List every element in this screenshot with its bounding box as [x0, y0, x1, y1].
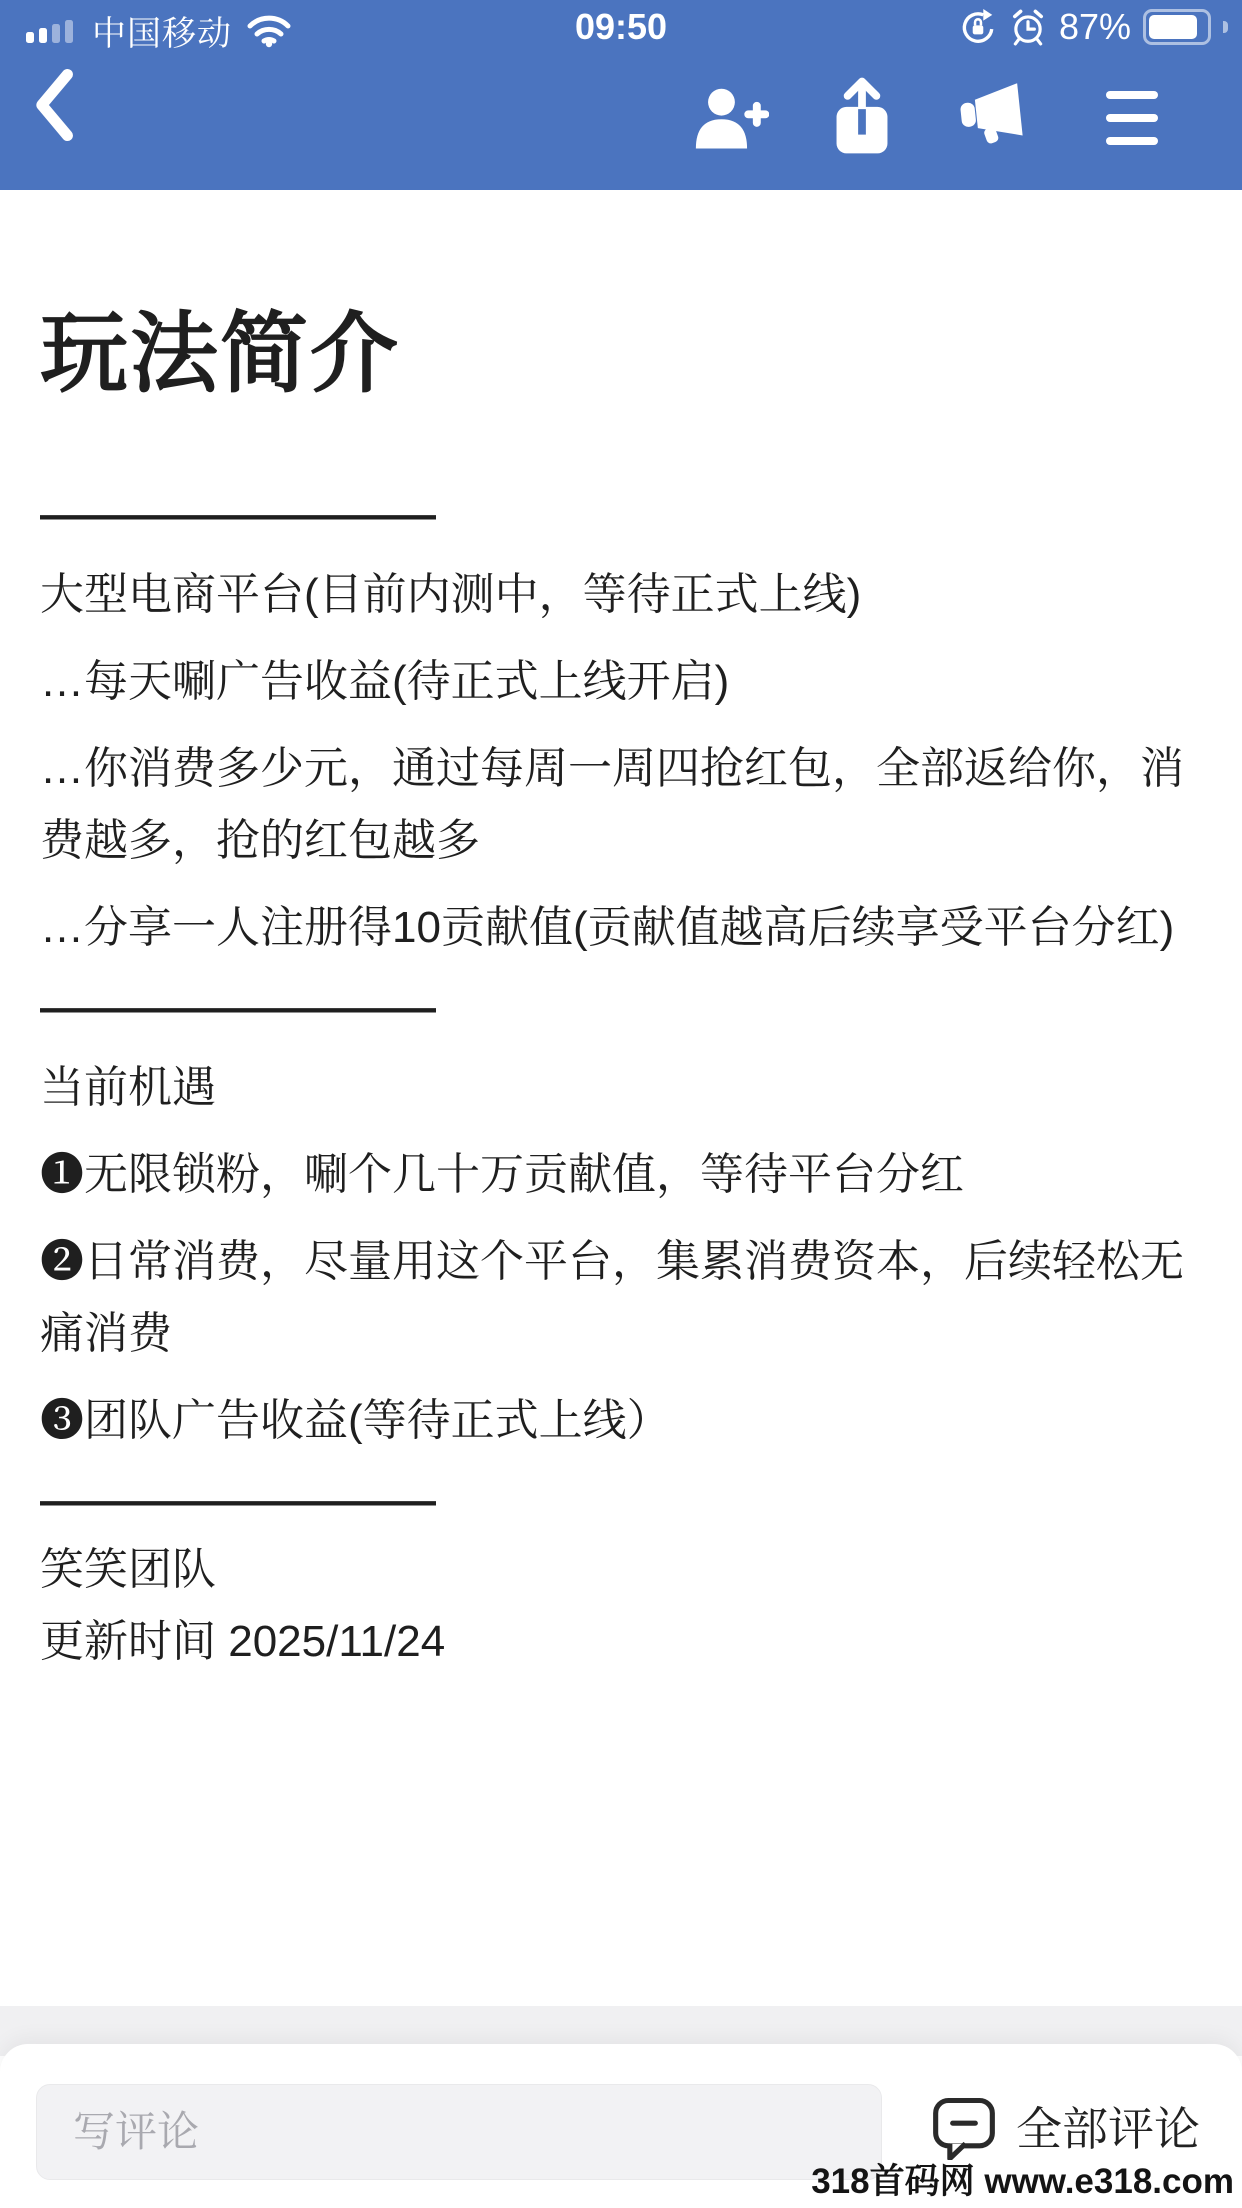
- update-time: 更新时间 2025/11/24: [40, 1606, 1202, 1678]
- paragraph-referral: …分享一人注册得10贡献值(贡献值越高后续享受平台分红): [40, 892, 1202, 964]
- separator: —————————: [40, 979, 1202, 1037]
- all-comments-button[interactable]: 全部评论: [930, 2092, 1200, 2160]
- comment-input[interactable]: [36, 2084, 882, 2180]
- battery-percent-label: 87%: [1059, 6, 1131, 48]
- rotation-lock-icon: [959, 8, 997, 46]
- paragraph-redpacket: …你消费多少元，通过每周一周四抢红包，全部返给你，消费越多，抢的红包越多: [40, 733, 1202, 877]
- status-bar: 中国移动 09:50: [0, 0, 1242, 46]
- back-chevron-icon: [32, 65, 76, 145]
- screen: 中国移动 09:50: [0, 0, 1242, 2208]
- add-contact-button[interactable]: [682, 46, 778, 190]
- megaphone-icon: [947, 79, 1034, 157]
- page-title: 玩法简介: [40, 302, 1202, 406]
- menu-button[interactable]: [1092, 46, 1172, 190]
- paragraph-ad-income: …每天唰广告收益(待正式上线开启): [40, 646, 1202, 718]
- all-comments-label: 全部评论: [1016, 2093, 1200, 2159]
- opportunity-item-1: ❶无限锁粉，唰个几十万贡献值，等待平台分红: [40, 1139, 1202, 1211]
- team-name: 笑笑团队: [40, 1534, 1202, 1606]
- back-button[interactable]: [26, 64, 82, 148]
- top-bar: 中国移动 09:50: [0, 0, 1242, 190]
- opportunity-item-3: ❸团队广告收益(等待正式上线）: [40, 1385, 1202, 1457]
- section-heading: 当前机遇: [40, 1052, 1202, 1124]
- add-person-icon: [691, 85, 769, 151]
- share-icon: [831, 77, 893, 159]
- separator: —————————: [40, 486, 1202, 544]
- article-content: 玩法简介 ————————— 大型电商平台(目前内测中，等待正式上线) …每天唰…: [0, 190, 1242, 1678]
- separator: —————————: [40, 1472, 1202, 1530]
- battery-nub: [1223, 21, 1228, 33]
- broadcast-button[interactable]: [942, 46, 1038, 190]
- nav-bar: [0, 46, 1242, 190]
- hamburger-icon: [1106, 91, 1158, 145]
- comment-bubble-icon: [930, 2092, 998, 2160]
- watermark: 318首码网 www.e318.com: [811, 2154, 1234, 2204]
- share-button[interactable]: [822, 46, 902, 190]
- opportunity-item-2: ❷日常消费，尽量用这个平台，集累消费资本，后续轻松无痛消费: [40, 1226, 1202, 1370]
- alarm-icon: [1009, 8, 1047, 46]
- paragraph-platform: 大型电商平台(目前内测中，等待正式上线): [40, 559, 1202, 631]
- battery-icon: [1143, 9, 1211, 45]
